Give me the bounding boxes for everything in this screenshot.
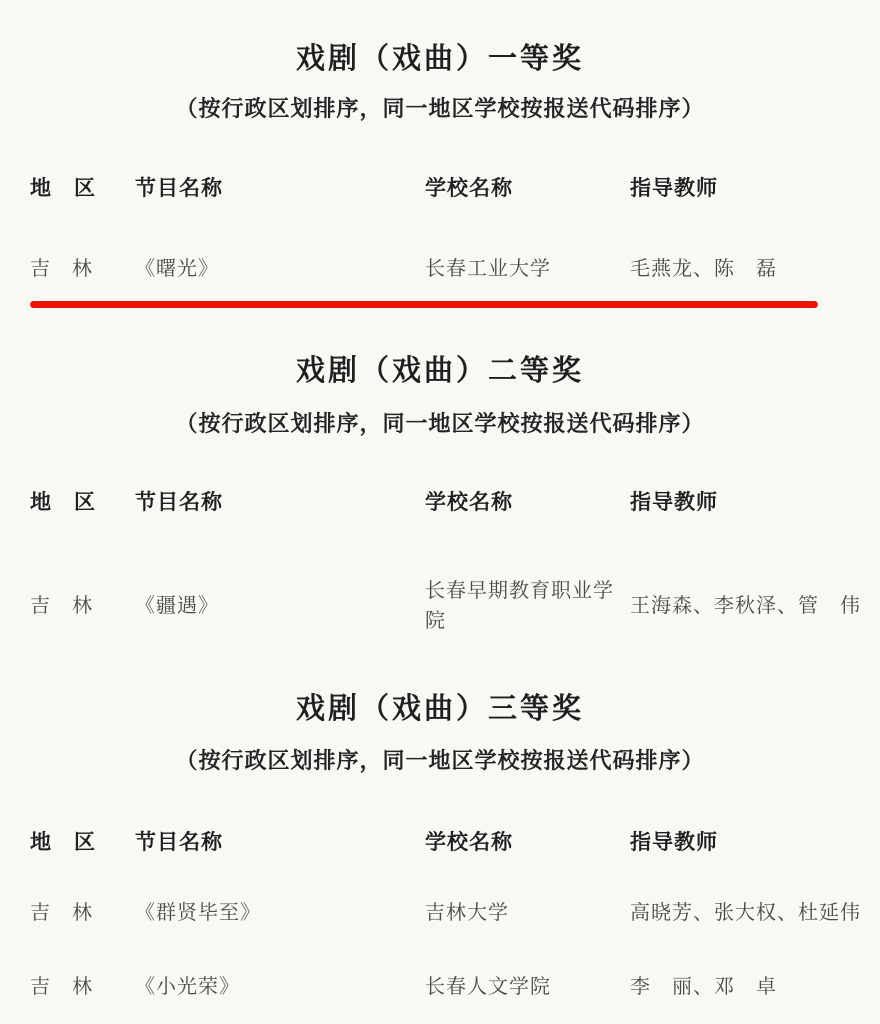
header-school: 学校名称 <box>425 826 630 856</box>
program-cell: 《疆遇》 <box>135 591 425 621</box>
school-cell: 长春早期教育职业学院 <box>425 576 630 636</box>
teachers-cell: 高晓芳、张大权、杜延伟 <box>630 898 870 928</box>
school-cell: 长春工业大学 <box>425 254 630 284</box>
table-row: 吉 林 《曙光》 长春工业大学 毛燕龙、陈 磊 <box>0 254 880 284</box>
section-1-header-row: 地 区 节目名称 学校名称 指导教师 <box>0 172 880 202</box>
section-3-header-row: 地 区 节目名称 学校名称 指导教师 <box>0 826 880 856</box>
header-teacher: 指导教师 <box>630 486 870 516</box>
header-program: 节目名称 <box>135 486 425 516</box>
header-teacher: 指导教师 <box>630 826 870 856</box>
program-cell: 《小光荣》 <box>135 972 425 1002</box>
region-cell: 吉 林 <box>30 898 135 928</box>
section-3-title: 戏剧（戏曲）三等奖 <box>0 686 880 727</box>
header-region: 地 区 <box>30 172 135 202</box>
region-cell: 吉 林 <box>30 254 135 284</box>
header-program: 节目名称 <box>135 172 425 202</box>
region-cell: 吉 林 <box>30 972 135 1002</box>
region-cell: 吉 林 <box>30 591 135 621</box>
teachers-cell: 毛燕龙、陈 磊 <box>630 254 870 284</box>
section-2-header-row: 地 区 节目名称 学校名称 指导教师 <box>0 486 880 516</box>
table-row: 吉 林 《群贤毕至》 吉林大学 高晓芳、张大权、杜延伟 <box>0 898 880 928</box>
section-1-title: 戏剧（戏曲）一等奖 <box>0 36 880 77</box>
section-1-sort-note: （按行政区划排序，同一地区学校按报送代码排序） <box>0 92 880 123</box>
school-cell: 长春人文学院 <box>425 972 630 1002</box>
table-row: 吉 林 《小光荣》 长春人文学院 李 丽、邓 卓 <box>0 972 880 1002</box>
header-school: 学校名称 <box>425 172 630 202</box>
program-cell: 《群贤毕至》 <box>135 898 425 928</box>
header-program: 节目名称 <box>135 826 425 856</box>
section-3-sort-note: （按行政区划排序，同一地区学校按报送代码排序） <box>0 744 880 775</box>
header-school: 学校名称 <box>425 486 630 516</box>
header-region: 地 区 <box>30 826 135 856</box>
teachers-cell: 王海森、李秋泽、管 伟 <box>630 591 870 621</box>
award-document-page: 戏剧（戏曲）一等奖 （按行政区划排序，同一地区学校按报送代码排序） 地 区 节目… <box>0 0 880 1024</box>
program-cell: 《曙光》 <box>135 254 425 284</box>
teachers-cell: 李 丽、邓 卓 <box>630 972 870 1002</box>
section-2-title: 戏剧（戏曲）二等奖 <box>0 348 880 389</box>
header-teacher: 指导教师 <box>630 172 870 202</box>
section-2-sort-note: （按行政区划排序，同一地区学校按报送代码排序） <box>0 407 880 438</box>
school-cell: 吉林大学 <box>425 898 630 928</box>
header-region: 地 区 <box>30 486 135 516</box>
table-row: 吉 林 《疆遇》 长春早期教育职业学院 王海森、李秋泽、管 伟 <box>0 576 880 636</box>
highlight-underline <box>30 301 818 308</box>
